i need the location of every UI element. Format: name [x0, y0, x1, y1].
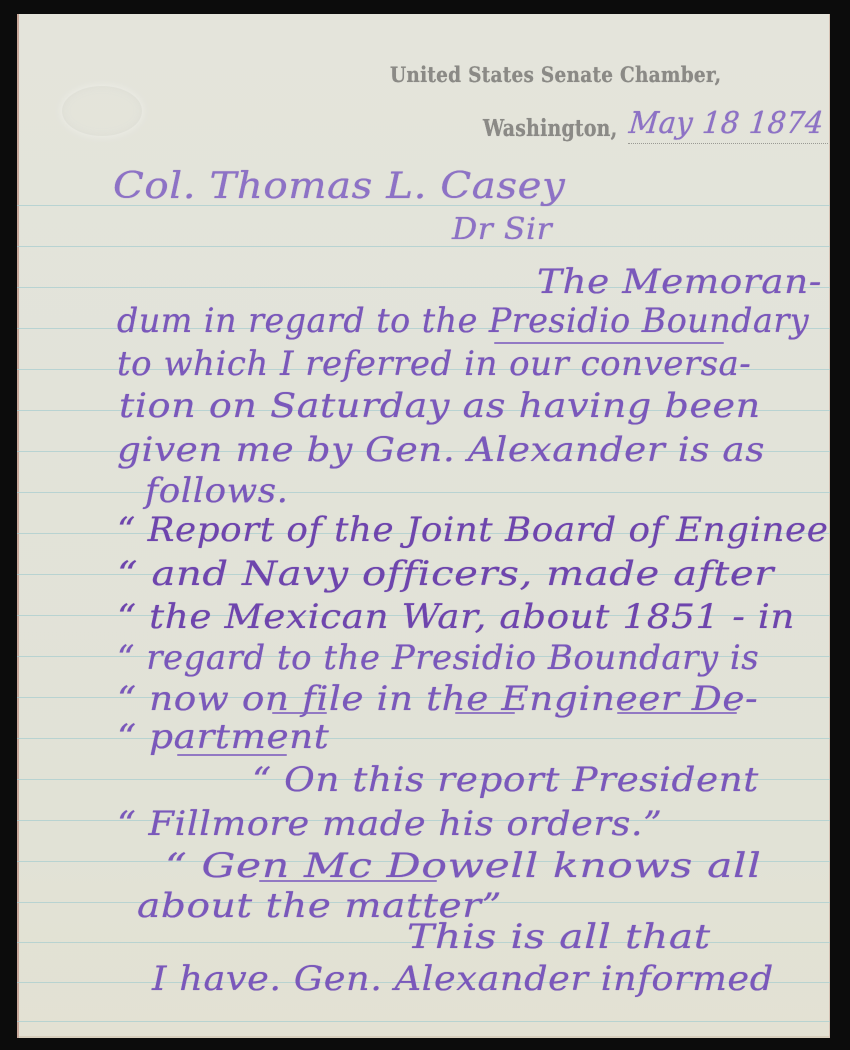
underline-gen-mcdowell	[259, 880, 437, 882]
letterhead-title: United States Senate Chamber,	[390, 62, 721, 87]
letter-line: The Memoran-	[537, 262, 822, 302]
letter-line: “ regard to the Presidio Boundary is	[117, 638, 759, 678]
date-dotted-line	[628, 143, 828, 144]
letter-line: given me by Gen. Alexander is as	[117, 430, 765, 470]
underline-partment	[177, 754, 287, 756]
ruled-line	[17, 492, 830, 493]
ruled-line	[17, 1021, 830, 1022]
recipient-name: Col. Thomas L. Casey	[113, 166, 565, 207]
letter-line: follows.	[145, 471, 288, 511]
letter-line: “ Report of the Joint Board of Engineer	[117, 510, 830, 550]
letter-line: This is all that	[407, 917, 711, 957]
letter-line: “ Gen Mc Dowell knows all	[165, 846, 762, 886]
ruled-line	[17, 246, 830, 247]
letter-line: “ the Mexican War, about 1851 - in	[117, 597, 795, 637]
underline-the	[455, 712, 515, 714]
handwritten-date: May 18 1874	[628, 106, 826, 141]
underline-on	[272, 712, 327, 714]
letterhead-city: Washington,	[483, 115, 617, 142]
letter-line: to which I referred in our conversa-	[117, 344, 751, 384]
embossed-seal	[62, 86, 142, 136]
salutation: Dr Sir	[452, 212, 552, 247]
letter-line: “ On this report President	[252, 760, 759, 800]
letter-line: I have. Gen. Alexander informed	[152, 959, 774, 999]
scan-frame: United States Senate Chamber, Washington…	[0, 0, 850, 1050]
letter-line: tion on Saturday as having been	[119, 386, 761, 426]
letter-line: “ partment	[117, 717, 329, 757]
letter-line: dum in regard to the Presidio Boundary	[117, 301, 809, 341]
letter-line: “ Fillmore made his orders.”	[117, 804, 662, 844]
letter-line: “ and Navy officers, made after	[117, 554, 774, 594]
underline-engineer	[617, 712, 737, 714]
letter-page: United States Senate Chamber, Washington…	[17, 14, 830, 1038]
